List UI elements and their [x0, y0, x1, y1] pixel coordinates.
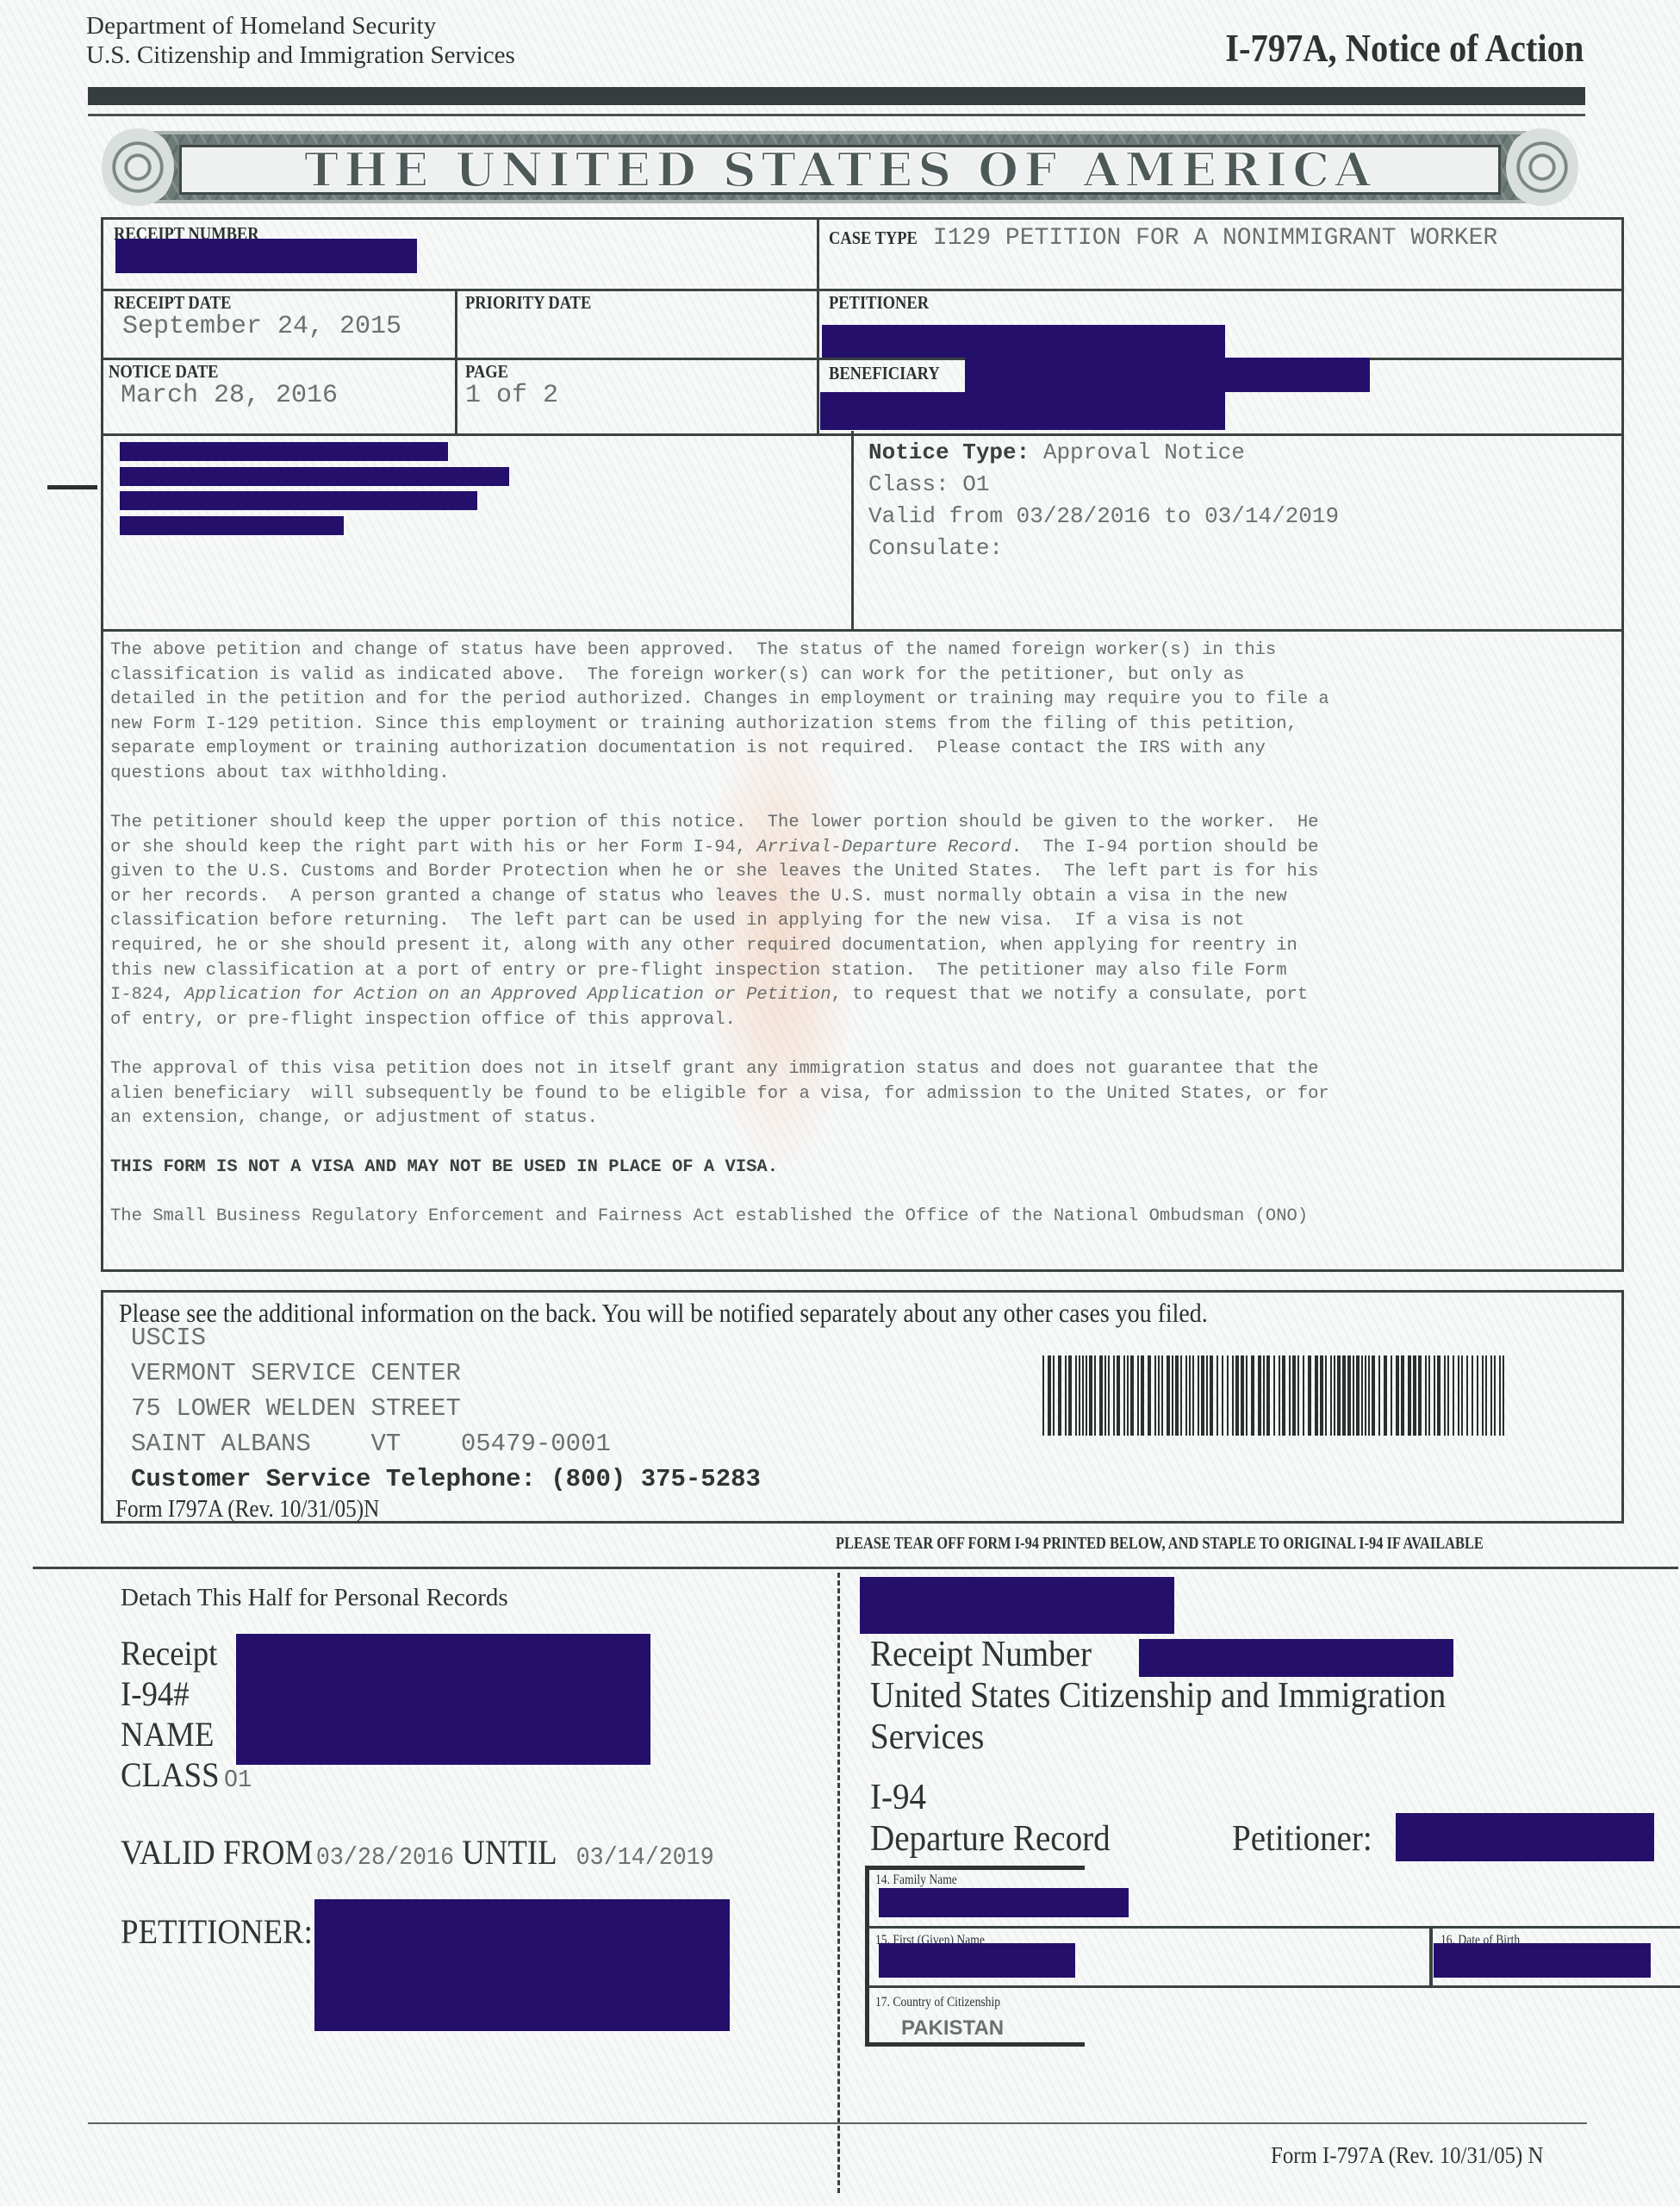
- paragraph-line: The above petition and change of status …: [110, 639, 1609, 664]
- redacted-address-line: [120, 491, 477, 510]
- rosette-ornament-icon: [102, 126, 174, 209]
- notice-type-label: Notice Type:: [868, 439, 1030, 465]
- redacted-i94-number: [860, 1577, 1174, 1634]
- redacted-right-receipt: [1139, 1639, 1453, 1677]
- paragraph-line: detailed in the petition and for the per…: [110, 688, 1609, 713]
- not-a-visa-warning: THIS FORM IS NOT A VISA AND MAY NOT BE U…: [110, 1156, 1609, 1181]
- notice-validity: Valid from 03/28/2016 to 03/14/2019: [868, 503, 1339, 529]
- receipt-date-field: RECEIPT DATE September 24, 2015: [114, 292, 401, 341]
- tear-off-instruction: PLEASE TEAR OFF FORM I-94 PRINTED BELOW,…: [836, 1534, 1484, 1554]
- paragraph-line: this new classification at a port of ent…: [110, 959, 1609, 984]
- stub-class-field: CLASSO1: [121, 1754, 252, 1795]
- right-petitioner-label: Petitioner:: [1232, 1818, 1372, 1860]
- redacted-stub-petitioner: [314, 1899, 730, 2031]
- address-line: SAINT ALBANS VT 05479-0001: [131, 1430, 611, 1458]
- redacted-stub-identity: [236, 1634, 650, 1765]
- redacted-beneficiary: [965, 358, 1370, 392]
- priority-date-field: PRIORITY DATE: [465, 292, 608, 314]
- redacted-beneficiary-2: [820, 392, 1225, 430]
- case-info-table: RECEIPT NUMBER CASE TYPE I129 PETITION F…: [101, 217, 1624, 436]
- paragraph-line: The petitioner should keep the upper por…: [110, 811, 1609, 836]
- right-agency-line1: United States Citizenship and Immigratio…: [870, 1675, 1446, 1717]
- paragraph-line: classification is valid as indicated abo…: [110, 664, 1609, 689]
- redacted-petitioner: [822, 325, 1225, 358]
- header-thin-rule: [88, 114, 1585, 116]
- notice-consulate: Consulate:: [868, 535, 1003, 561]
- petitioner-field: PETITIONER: [829, 292, 943, 314]
- perforation-rule: [33, 1567, 1678, 1569]
- case-type-label: CASE TYPE: [829, 227, 918, 249]
- address-line: USCIS: [131, 1324, 206, 1352]
- form-title: I-797A, Notice of Action: [1225, 26, 1584, 71]
- i94-departure-form: 14. Family Name 15. First (Given) Name 1…: [865, 1866, 1680, 2047]
- departure-record-title: Departure Record: [870, 1818, 1111, 1860]
- address-line: 75 LOWER WELDEN STREET: [131, 1394, 461, 1423]
- stub-name-label: NAME: [121, 1714, 214, 1754]
- redacted-receipt-number: [115, 239, 417, 273]
- banner-text: THE UNITED STATES OF AMERICA: [179, 145, 1501, 195]
- footer-form-revision: Form I-797A (Rev. 10/31/05) N: [1271, 2142, 1543, 2169]
- notice-type-value: Approval Notice: [1043, 439, 1245, 465]
- paragraph-line: an extension, change, or adjustment of s…: [110, 1106, 1609, 1131]
- beneficiary-label: BENEFICIARY: [829, 363, 940, 384]
- additional-info-note: Please see the additional information on…: [119, 1298, 1208, 1329]
- priority-date-label: PRIORITY DATE: [465, 292, 591, 314]
- i94-title: I-94: [870, 1777, 926, 1818]
- form-revision: Form I797A (Rev. 10/31/05)N: [115, 1496, 379, 1524]
- rosette-ornament-icon: [1506, 126, 1578, 209]
- family-name-label: 14. Family Name: [875, 1873, 957, 1888]
- stub-receipt-label: Receipt: [121, 1633, 217, 1673]
- customer-service-phone: Customer Service Telephone: (800) 375-52…: [131, 1465, 761, 1493]
- redacted-address-line: [120, 516, 344, 535]
- agency-name: Department of Homeland Security: [86, 12, 436, 41]
- paragraph-line: questions about tax withholding.: [110, 762, 1609, 787]
- fold-mark: [47, 485, 97, 489]
- notice-body: The above petition and change of status …: [101, 632, 1624, 1272]
- valid-from-label: VALID FROM: [121, 1833, 313, 1872]
- paragraph-line: or she should keep the right part with h…: [110, 836, 1609, 861]
- petitioner-label: PETITIONER: [829, 292, 929, 314]
- barcode-icon: [1042, 1355, 1508, 1436]
- paragraph-line: The approval of this visa petition does …: [110, 1057, 1609, 1082]
- redacted-family-name: [879, 1888, 1129, 1917]
- right-receipt-label: Receipt Number: [870, 1634, 1092, 1675]
- page-label: PAGE: [465, 361, 508, 383]
- detach-heading: Detach This Half for Personal Records: [121, 1584, 508, 1612]
- receipt-date-value: September 24, 2015: [122, 312, 401, 341]
- case-type-field: CASE TYPE I129 PETITION FOR A NONIMMIGRA…: [829, 225, 1497, 252]
- stub-i94-label: I-94#: [121, 1673, 190, 1714]
- until-label: UNTIL: [462, 1833, 557, 1872]
- country-value: PAKISTAN: [901, 2016, 1004, 2041]
- header-rule: [88, 87, 1585, 105]
- redacted-right-petitioner: [1396, 1813, 1654, 1861]
- tear-line-divider[interactable]: [837, 1573, 843, 2193]
- approval-paragraph: The above petition and change of status …: [110, 639, 1609, 787]
- redacted-dob: [1434, 1943, 1651, 1978]
- redacted-first-name: [879, 1943, 1075, 1978]
- stub-class-label: CLASS: [121, 1755, 220, 1794]
- usa-banner: THE UNITED STATES OF AMERICA: [102, 126, 1578, 209]
- paragraph-line: new Form I-129 petition. Since this empl…: [110, 713, 1609, 738]
- stub-class-value: O1: [224, 1766, 252, 1794]
- page-value: 1 of 2: [465, 381, 558, 410]
- ombudsman-note: The Small Business Regulatory Enforcemen…: [110, 1205, 1609, 1230]
- country-label: 17. Country of Citizenship: [875, 1995, 1000, 2010]
- beneficiary-field: BENEFICIARY: [829, 363, 955, 384]
- agency-subname: U.S. Citizenship and Immigration Service…: [86, 41, 515, 70]
- paragraph-line: separate employment or training authoriz…: [110, 737, 1609, 762]
- stub-petitioner-label: PETITIONER:: [121, 1911, 313, 1952]
- notice-class: Class: O1: [868, 471, 989, 497]
- notice-date-field: NOTICE DATE March 28, 2016: [109, 361, 338, 410]
- redacted-address-line: [120, 442, 448, 461]
- paragraph-line: required, he or she should present it, a…: [110, 934, 1609, 959]
- receipt-date-label: RECEIPT DATE: [114, 292, 231, 314]
- instructions-paragraph: The petitioner should keep the upper por…: [110, 811, 1609, 1032]
- return-address-box: Please see the additional information on…: [101, 1290, 1624, 1524]
- paragraph-line: classification before returning. The lef…: [110, 909, 1609, 934]
- until-value: 03/14/2019: [576, 1843, 714, 1872]
- paragraph-line: given to the U.S. Customs and Border Pro…: [110, 860, 1609, 885]
- paragraph-line: alien beneficiary will subsequently be f…: [110, 1082, 1609, 1107]
- valid-from-value: 03/28/2016: [316, 1843, 454, 1872]
- page-field: PAGE 1 of 2: [465, 361, 558, 410]
- paragraph-line: or her records. A person granted a chang…: [110, 885, 1609, 910]
- redacted-address-line: [120, 467, 509, 486]
- case-type-value: I129 PETITION FOR A NONIMMIGRANT WORKER: [933, 225, 1497, 252]
- address-line: VERMONT SERVICE CENTER: [131, 1359, 461, 1387]
- stub-validity: VALID FROM03/28/2016 UNTIL03/14/2019: [121, 1832, 714, 1873]
- notice-date-label: NOTICE DATE: [109, 361, 219, 383]
- stub-bottom-rule: [88, 2122, 1587, 2124]
- notice-type-line: Notice Type: Approval Notice: [868, 439, 1245, 465]
- paragraph-line: of entry, or pre-flight inspection offic…: [110, 1008, 1609, 1033]
- notice-date-value: March 28, 2016: [121, 381, 338, 410]
- paragraph-line: I-824, Application for Action on an Appr…: [110, 983, 1609, 1008]
- disclaimer-paragraph: The approval of this visa petition does …: [110, 1057, 1609, 1131]
- notice-box: Notice Type: Approval Notice Class: O1 V…: [101, 431, 1624, 632]
- right-agency-line2: Services: [870, 1717, 984, 1758]
